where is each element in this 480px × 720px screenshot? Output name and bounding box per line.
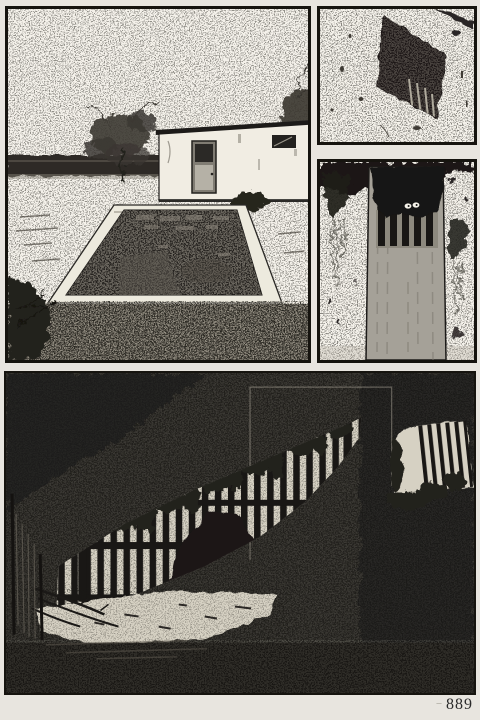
panel-yard-pool [5,6,311,363]
peephole-darkness [370,167,444,218]
panel-door-eyes [317,159,477,363]
manga-page: 889 [0,0,480,720]
shed-door [192,141,216,193]
weathered-door [366,167,446,360]
dark-foreground [6,641,474,693]
shed-window [272,135,296,148]
panel-gate-shadows [4,371,476,695]
foreground-gravel [8,304,308,360]
page-number: 889 [437,696,474,714]
shed [156,120,308,202]
panel-barred-window [317,6,477,145]
